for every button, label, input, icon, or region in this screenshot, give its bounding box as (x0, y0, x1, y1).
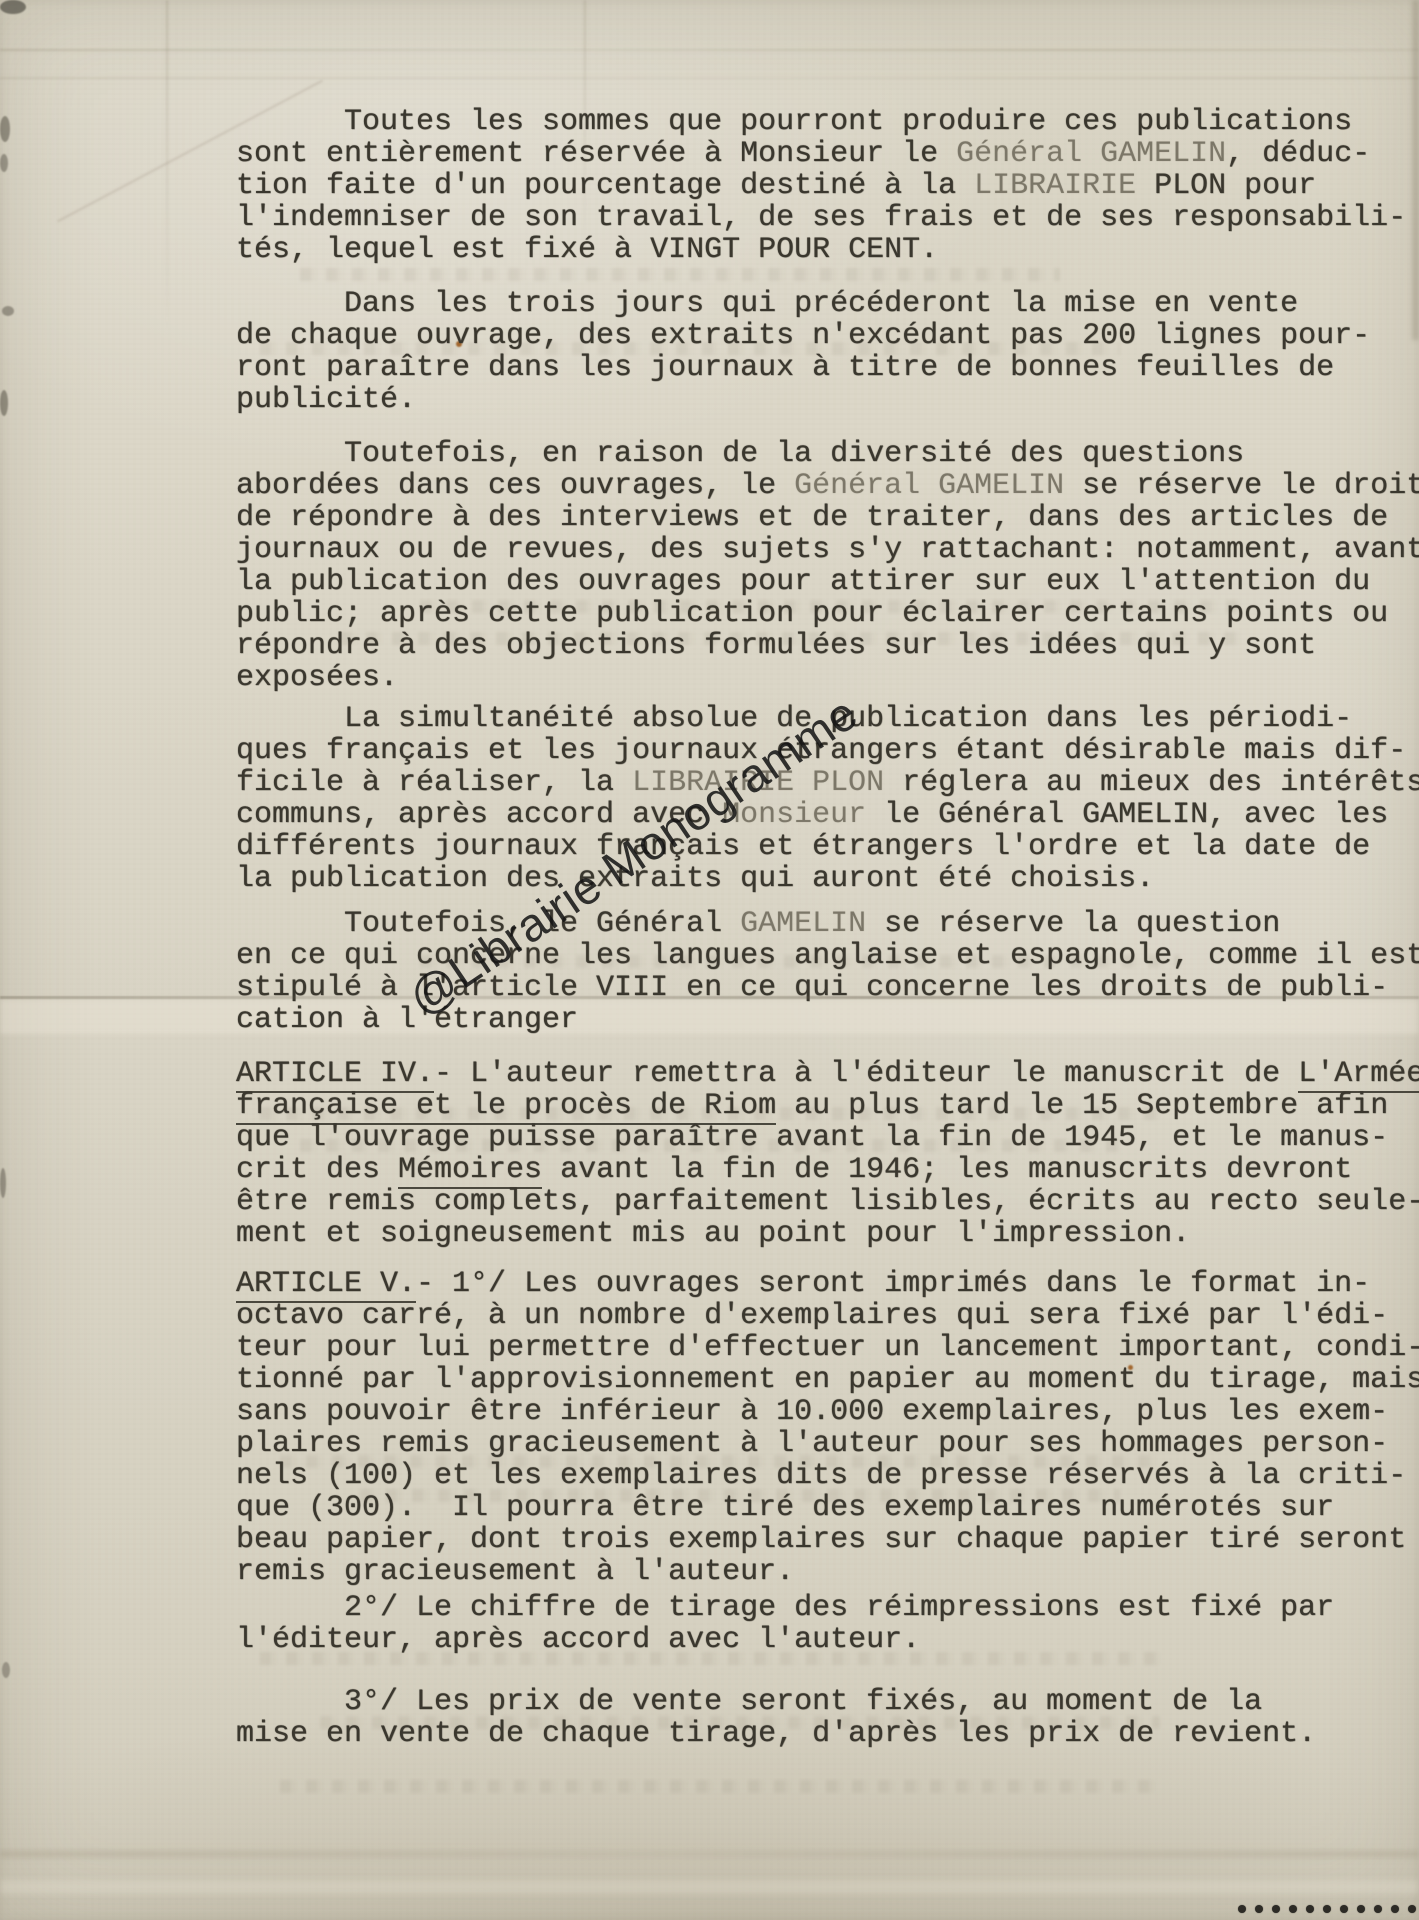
text-line: teur pour lui permettre d'effectuer un l… (236, 1332, 1419, 1364)
dot (1289, 1905, 1297, 1913)
right-edge-shadow (1412, 0, 1419, 340)
dot (1374, 1905, 1382, 1913)
text-line: l'éditeur, après accord avec l'auteur. (236, 1624, 1334, 1656)
text-line: tionné par l'approvisionnement en papier… (236, 1364, 1419, 1396)
text-line: ront paraître dans les journaux à titre … (236, 352, 1370, 384)
edge-mark (0, 1168, 6, 1198)
paragraph: Dans les trois jours qui précéderont la … (236, 288, 1370, 416)
crease-horizontal-bottom (0, 1850, 1419, 1858)
text-line: publicité. (236, 384, 1370, 416)
dot (1357, 1905, 1365, 1913)
crease-horizontal-top (0, 49, 1419, 51)
text-line: différents journaux français et étranger… (236, 831, 1419, 863)
text-line: ARTICLE IV.- L'auteur remettra à l'édite… (236, 1058, 1419, 1090)
bleed-through (300, 268, 1060, 281)
edge-mark (0, 154, 8, 172)
text-line: crit des Mémoires avant la fin de 1946; … (236, 1154, 1419, 1186)
text-line: de chaque ouvrage, des extraits n'excéda… (236, 320, 1370, 352)
crease-vertical-left (166, 0, 168, 330)
paragraph: Toutefois, en raison de la diversité des… (236, 438, 1419, 694)
text-line: plaires remis gracieusement à l'auteur p… (236, 1428, 1419, 1460)
paragraph: ARTICLE V.- 1°/ Les ouvrages seront impr… (236, 1268, 1419, 1588)
text-line: la publication des ouvrages pour attirer… (236, 566, 1419, 598)
text-line: l'indemniser de son travail, de ses frai… (236, 202, 1406, 234)
text-line: 3°/ Les prix de vente seront fixés, au m… (236, 1686, 1316, 1718)
text-line: sans pouvoir être inférieur à 10.000 exe… (236, 1396, 1419, 1428)
edge-mark (2, 306, 14, 316)
text-line: être remis complets, parfaitement lisibl… (236, 1186, 1419, 1218)
text-line: Dans les trois jours qui précéderont la … (236, 288, 1370, 320)
text-line: tés, lequel est fixé à VINGT POUR CENT. (236, 234, 1406, 266)
dot (1255, 1905, 1263, 1913)
footer-dots (1238, 1905, 1416, 1913)
edge-mark (0, 116, 10, 142)
text-line: ficile à réaliser, la LIBRAIRIE PLON rég… (236, 767, 1419, 799)
dot (1272, 1905, 1280, 1913)
text-line: en ce qui concerne les langues anglaise … (236, 940, 1419, 972)
text-line: que l'ouvrage puisse paraître avant la f… (236, 1122, 1419, 1154)
edge-mark (0, 390, 8, 416)
edge-mark (0, 0, 26, 14)
text-line: Toutefois, en raison de la diversité des… (236, 438, 1419, 470)
dot (1238, 1905, 1246, 1913)
crease-horizontal-bottom2 (0, 1880, 1419, 1894)
edge-mark (2, 1662, 10, 1678)
text-line: nels (100) et les exemplaires dits de pr… (236, 1460, 1419, 1492)
dot (1306, 1905, 1314, 1913)
text-line: tion faite d'un pourcentage destiné à la… (236, 170, 1406, 202)
text-line: la publication des extraits qui auront é… (236, 863, 1419, 895)
bleed-through (280, 1780, 1160, 1793)
text-line: abordées dans ces ouvrages, le Général G… (236, 470, 1419, 502)
text-line: exposées. (236, 662, 1419, 694)
text-line: Toutes les sommes que pourront produire … (236, 106, 1406, 138)
text-line: sont entièrement réservée à Monsieur le … (236, 138, 1406, 170)
dot (1323, 1905, 1331, 1913)
paragraph: 3°/ Les prix de vente seront fixés, au m… (236, 1686, 1316, 1750)
text-line: journaux ou de revues, des sujets s'y ra… (236, 534, 1419, 566)
text-line: octavo carré, à un nombre d'exemplaires … (236, 1300, 1419, 1332)
text-line: de répondre à des interviews et de trait… (236, 502, 1419, 534)
text-line: ment et soigneusement mis au point pour … (236, 1218, 1419, 1250)
text-line: française et le procès de Riom au plus t… (236, 1090, 1419, 1122)
crease-horizontal-top2 (0, 77, 1419, 79)
dot (1408, 1905, 1416, 1913)
text-line: beau papier, dont trois exemplaires sur … (236, 1524, 1419, 1556)
text-line: ARTICLE V.- 1°/ Les ouvrages seront impr… (236, 1268, 1419, 1300)
text-line: 2°/ Le chiffre de tirage des réimpressio… (236, 1592, 1334, 1624)
scanned-contract-page: Toutes les sommes que pourront produire … (0, 0, 1419, 1920)
text-line: public; après cette publication pour écl… (236, 598, 1419, 630)
text-line: remis gracieusement à l'auteur. (236, 1556, 1419, 1588)
text-line: mise en vente de chaque tirage, d'après … (236, 1718, 1316, 1750)
paragraph: ARTICLE IV.- L'auteur remettra à l'édite… (236, 1058, 1419, 1250)
text-line: Toutefois, le Général GAMELIN se réserve… (236, 908, 1419, 940)
dot (1391, 1905, 1399, 1913)
text-line: communs, après accord avec Monsieur le G… (236, 799, 1419, 831)
text-line: répondre à des objections formulées sur … (236, 630, 1419, 662)
paragraph: 2°/ Le chiffre de tirage des réimpressio… (236, 1592, 1334, 1656)
text-line: que (300). Il pourra être tiré des exemp… (236, 1492, 1419, 1524)
paragraph: Toutes les sommes que pourront produire … (236, 106, 1406, 266)
dot (1340, 1905, 1348, 1913)
